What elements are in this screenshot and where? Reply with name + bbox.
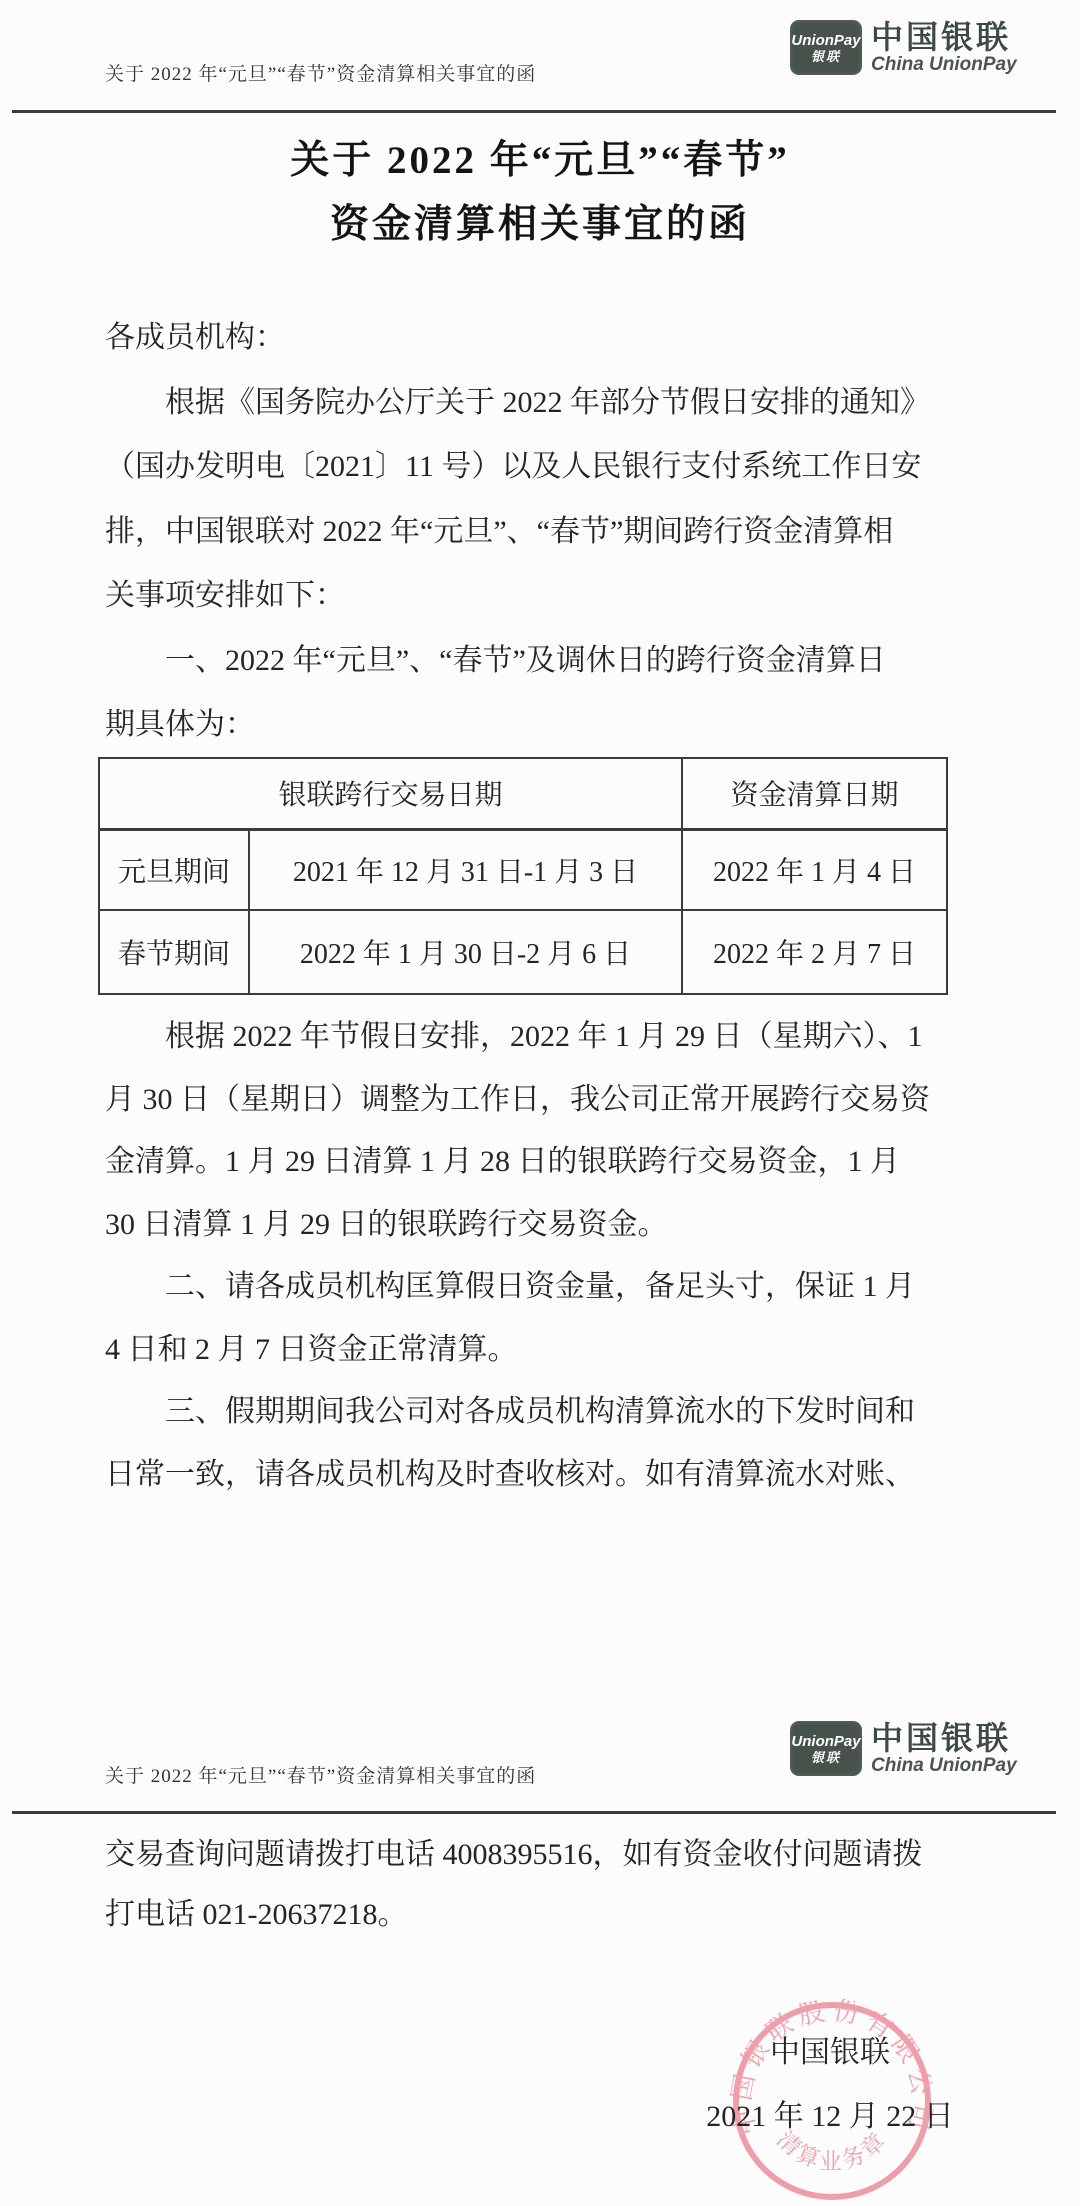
body-line: 日常一致，请各成员机构及时查收核对。如有清算流水对账、 — [105, 1444, 985, 1507]
brand-cn-name: 中国银联 — [871, 1721, 1017, 1755]
contact-line: 交易查询问题请拨打电话 4008395516，如有资金收付问题请拨 — [105, 1825, 985, 1885]
table-header-row: 银联跨行交易日期 资金清算日期 — [99, 758, 947, 829]
document-page: 关于 2022 年“元旦”“春节”资金清算相关事宜的函 UnionPay 银联 … — [0, 0, 1080, 2206]
body-line: 期具体为： — [105, 693, 985, 758]
brand-wordmark: 中国银联 China UnionPay — [871, 1721, 1017, 1776]
unionpay-card-icon: UnionPay 银联 — [790, 1721, 862, 1776]
table-row: 元旦期间 2021 年 12 月 31 日-1 月 3 日 2022 年 1 月… — [99, 829, 947, 910]
brand-wordmark: 中国银联 China UnionPay — [871, 20, 1017, 75]
body-intro-block: 各成员机构： 根据《国务院办公厅关于 2022 年部分节假日安排的通知》 （国办… — [105, 306, 985, 758]
body-line: 根据《国务院办公厅关于 2022 年部分节假日安排的通知》 — [105, 371, 985, 436]
table-cell-settle-date: 2022 年 1 月 4 日 — [682, 829, 947, 910]
body-line: 二、请各成员机构匡算假日资金量，备足头寸，保证 1 月 — [105, 1256, 985, 1319]
table-cell-trade-date: 2022 年 1 月 30 日-2 月 6 日 — [249, 910, 682, 994]
table-cell-trade-date: 2021 年 12 月 31 日-1 月 3 日 — [249, 829, 682, 910]
page2-doc-ref: 关于 2022 年“元旦”“春节”资金清算相关事宜的函 — [105, 1761, 536, 1788]
page1-doc-ref: 关于 2022 年“元旦”“春节”资金清算相关事宜的函 — [105, 59, 536, 86]
unionpay-logo-page1: UnionPay 银联 中国银联 China UnionPay — [790, 20, 1017, 75]
body-line: 30 日清算 1 月 29 日的银联跨行交易资金。 — [105, 1194, 985, 1257]
card-unionpay-text: UnionPay — [791, 1733, 860, 1750]
signature-name: 中国银联 — [640, 2027, 1020, 2071]
table-header-settle-date: 资金清算日期 — [682, 758, 947, 829]
table-cell-period: 元旦期间 — [99, 829, 249, 910]
body-line: 月 30 日（星期日）调整为工作日，我公司正常开展跨行交易资 — [105, 1069, 985, 1132]
card-yinlian-text: 银联 — [811, 1750, 841, 1765]
doc-title-line2: 资金清算相关事宜的函 — [0, 193, 1080, 249]
body-line: 三、假期期间我公司对各成员机构清算流水的下发时间和 — [105, 1381, 985, 1444]
table-cell-period: 春节期间 — [99, 910, 249, 994]
brand-en-name: China UnionPay — [871, 1755, 1017, 1776]
body-main-block: 根据 2022 年节假日安排，2022 年 1 月 29 日（星期六）、1 月 … — [105, 1006, 985, 1506]
brand-cn-name: 中国银联 — [871, 20, 1017, 54]
table-cell-settle-date: 2022 年 2 月 7 日 — [682, 910, 947, 994]
contact-line: 打电话 021-20637218。 — [105, 1885, 985, 1945]
body-line: 关事项安排如下： — [105, 564, 985, 629]
body-line: 根据 2022 年节假日安排，2022 年 1 月 29 日（星期六）、1 — [105, 1006, 985, 1069]
body-line: 4 日和 2 月 7 日资金正常清算。 — [105, 1319, 985, 1382]
body-line: （国办发明电〔2021〕11 号）以及人民银行支付系统工作日安 — [105, 435, 985, 500]
body-line: 一、2022 年“元旦”、“春节”及调休日的跨行资金清算日 — [105, 629, 985, 694]
unionpay-card-icon: UnionPay 银联 — [790, 20, 862, 75]
card-yinlian-text: 银联 — [811, 49, 841, 64]
contact-block: 交易查询问题请拨打电话 4008395516，如有资金收付问题请拨 打电话 02… — [105, 1825, 985, 1945]
unionpay-logo-page2: UnionPay 银联 中国银联 China UnionPay — [790, 1721, 1017, 1776]
body-line: 金清算。1 月 29 日清算 1 月 28 日的银联跨行交易资金，1 月 — [105, 1131, 985, 1194]
header-rule-page2 — [12, 1811, 1056, 1814]
brand-en-name: China UnionPay — [871, 54, 1017, 75]
card-unionpay-text: UnionPay — [791, 32, 860, 49]
settlement-table: 银联跨行交易日期 资金清算日期 元旦期间 2021 年 12 月 31 日-1 … — [98, 757, 948, 995]
doc-title-line1: 关于 2022 年“元旦”“春节” — [0, 129, 1080, 185]
header-rule-page1 — [12, 110, 1056, 113]
body-line: 排，中国银联对 2022 年“元旦”、“春节”期间跨行资金清算相 — [105, 500, 985, 565]
table-header-trade-date: 银联跨行交易日期 — [99, 758, 682, 829]
table-row: 春节期间 2022 年 1 月 30 日-2 月 6 日 2022 年 2 月 … — [99, 910, 947, 994]
salutation-line: 各成员机构： — [105, 306, 985, 371]
signature-date: 2021 年 12 月 22 日 — [640, 2091, 1020, 2135]
